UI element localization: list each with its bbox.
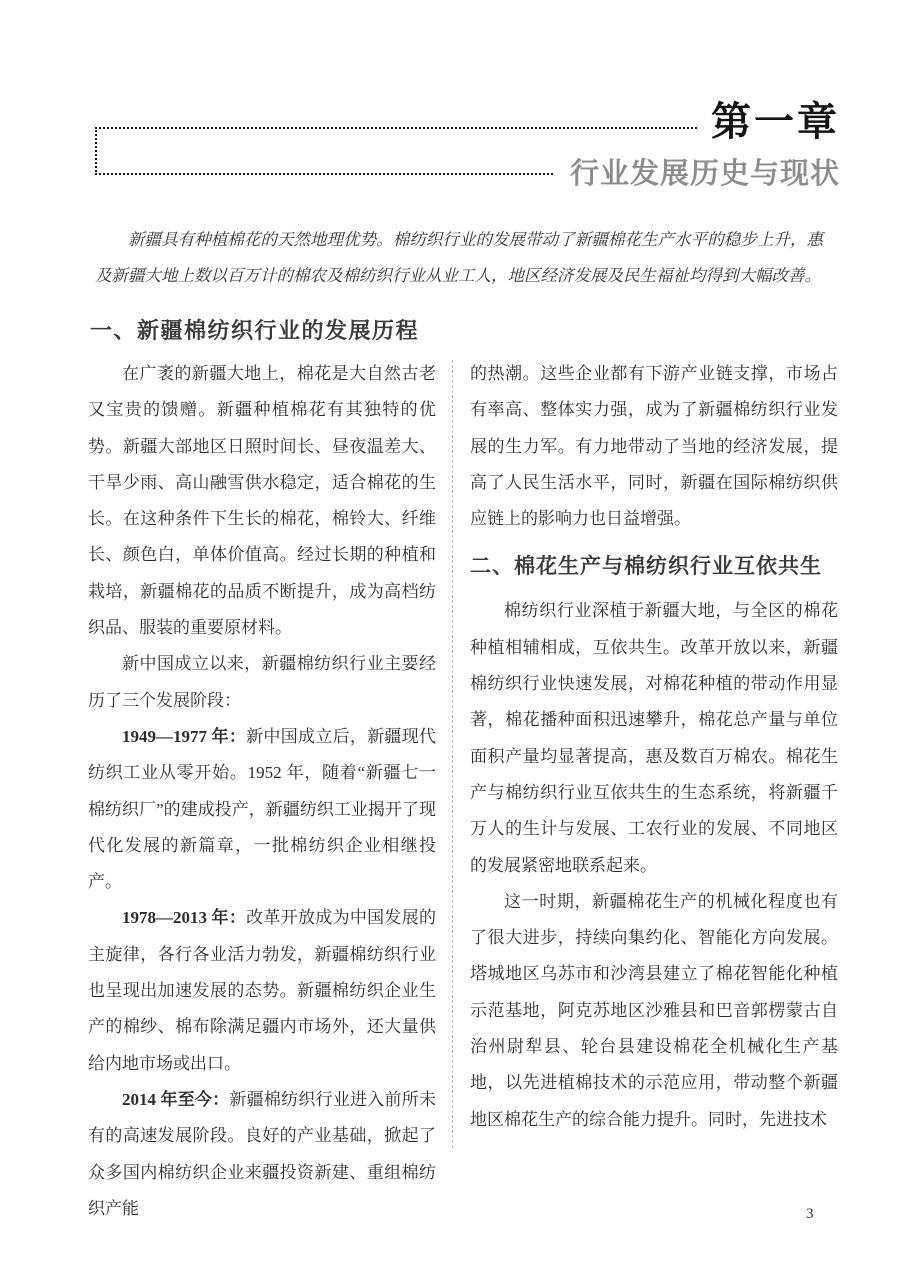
paragraph: 棉纺织行业深植于新疆大地，与全区的棉花种植相辅相成，互依共生。改革开放以来，新疆… (470, 593, 838, 883)
paragraph-text: 新疆棉纺织行业进入前所未有的高速发展阶段。良好的产业基础，掀起了众多国内棉纺织企… (88, 1090, 436, 1218)
chapter-number: 第一章 (711, 102, 840, 142)
paragraph: 2014 年至今：新疆棉纺织行业进入前所未有的高速发展阶段。良好的产业基础，掀起… (88, 1082, 436, 1227)
paragraph-text: 棉纺织行业深植于新疆大地，与全区的棉花种植相辅相成，互依共生。改革开放以来，新疆… (470, 601, 838, 874)
document-page: 第一章 行业发展历史与现状 新疆具有种植棉花的天然地理优势。棉纺织行业的发展带动… (0, 0, 900, 1272)
chapter-title: 行业发展历史与现状 (570, 157, 840, 192)
paragraph-text: 改革开放成为中国发展的主旋律，各行各业活力勃发，新疆棉纺织行业也呈现出加速发展的… (88, 908, 436, 1072)
paragraph: 的热潮。这些企业都有下游产业链支撑，市场占有率高、整体实力强，成为了新疆棉纺织行… (470, 356, 838, 537)
page-number: 3 (806, 1206, 814, 1223)
phase-label: 1949—1977 年： (122, 727, 246, 746)
section-one-heading: 一、新疆棉纺织行业的发展历程 (90, 314, 419, 345)
paragraph-text: 的热潮。这些企业都有下游产业链支撑，市场占有率高、整体实力强，成为了新疆棉纺织行… (470, 364, 838, 528)
paragraph: 新中国成立以来，新疆棉纺织行业主要经历了三个发展阶段： (88, 646, 436, 719)
intro-paragraph: 新疆具有种植棉花的天然地理优势。棉纺织行业的发展带动了新疆棉花生产水平的稳步上升… (95, 222, 823, 294)
paragraph: 在广袤的新疆大地上，棉花是大自然古老又宝贵的馈赠。新疆种植棉花有其独特的优势。新… (88, 356, 436, 646)
paragraph: 这一时期，新疆棉花生产的机械化程度也有了很大进步，持续向集约化、智能化方向发展。… (470, 884, 838, 1138)
paragraph-text: 新中国成立后，新疆现代纺织工业从零开始。1952 年，随着“新疆七一棉纺织厂”的… (88, 727, 436, 891)
paragraph-text: 在广袤的新疆大地上，棉花是大自然古老又宝贵的馈赠。新疆种植棉花有其独特的优势。新… (88, 364, 436, 637)
section-two-heading: 二、棉花生产与棉纺织行业互依共生 (470, 551, 838, 583)
phase-label: 1978—2013 年： (122, 908, 246, 927)
paragraph: 1978—2013 年：改革开放成为中国发展的主旋律，各行各业活力勃发，新疆棉纺… (88, 900, 436, 1081)
chapter-box-bottom-dashed-line (95, 173, 553, 175)
right-column: 的热潮。这些企业都有下游产业链支撑，市场占有率高、整体实力强，成为了新疆棉纺织行… (470, 356, 838, 1138)
chapter-box-left-dashed-line (95, 127, 97, 175)
left-column: 在广袤的新疆大地上，棉花是大自然古老又宝贵的馈赠。新疆种植棉花有其独特的优势。新… (88, 356, 436, 1227)
paragraph-text: 这一时期，新疆棉花生产的机械化程度也有了很大进步，持续向集约化、智能化方向发展。… (470, 892, 838, 1129)
paragraph: 1949—1977 年：新中国成立后，新疆现代纺织工业从零开始。1952 年，随… (88, 719, 436, 900)
phase-label: 2014 年至今： (122, 1090, 229, 1109)
paragraph-text: 新中国成立以来，新疆棉纺织行业主要经历了三个发展阶段： (88, 654, 436, 709)
chapter-box-top-dashed-line (95, 127, 697, 129)
column-divider (452, 360, 453, 1148)
